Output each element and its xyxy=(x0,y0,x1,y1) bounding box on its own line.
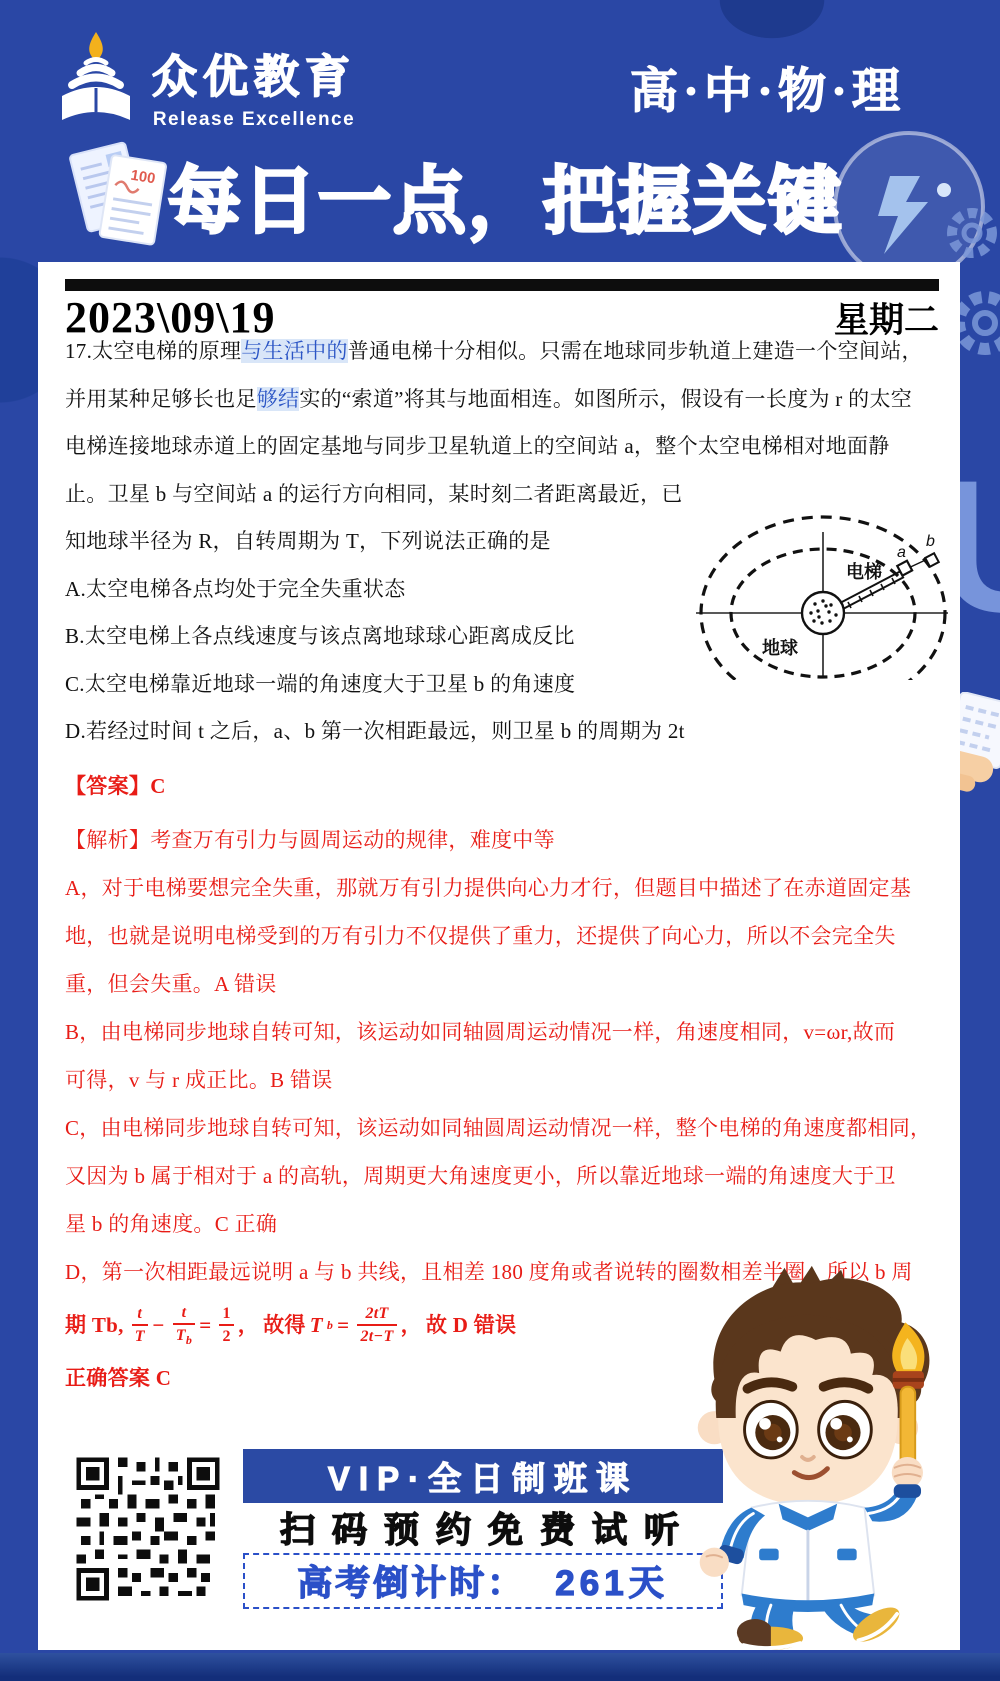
mascot-illustration xyxy=(650,1260,960,1650)
highlighted-text: 与生活中的 xyxy=(241,339,348,363)
analysis-line: 地，也就是说明电梯受到的万有引力不仅提供了重力，还提供了向心力，所以不会完全失 xyxy=(65,912,939,960)
scan-cta-text: 扫码预约免费试听 xyxy=(270,1503,696,1553)
option-d: D.若经过时间 t 之后，a、b 第一次相距最远，则卫星 b 的周期为 2t xyxy=(65,708,939,756)
analysis-line: B，由电梯同步地球自转可知，该运动如同轴圆周运动情况一样，角速度相同，v=ωr,… xyxy=(65,1008,939,1056)
satellite-b-label: b xyxy=(926,533,935,550)
problem-line: 17.太空电梯的原理与生活中的普通电梯十分相似。只需在地球同步轨道上建造一个空间… xyxy=(65,328,939,376)
earth-circle xyxy=(802,592,844,634)
slogan-row: 100 每日一点，把握关键 xyxy=(62,132,843,250)
elevator-label: 电梯 xyxy=(846,561,882,582)
analysis-line: C，由电梯同步地球自转可知，该运动如同轴圆周运动情况一样，整个电梯的角速度都相同… xyxy=(65,1104,939,1152)
vip-banner-text: VIP·全日制班课 xyxy=(328,1453,638,1500)
satellite-a-marker xyxy=(897,561,912,576)
analysis-line: A，对于电梯要想完全失重，那就万有引力提供向心力才行，但题目中描述了在赤道固定基 xyxy=(65,864,939,912)
brand-logo-row: 众优教育 Release Excellence xyxy=(52,30,356,131)
earth-label: 地球 xyxy=(762,637,798,658)
analysis-line: 可得，v 与 r 成正比。B 错误 xyxy=(65,1056,939,1104)
analysis-line: 重，但会失重。A 错误 xyxy=(65,960,939,1008)
answer-line: 【答案】C xyxy=(65,762,939,810)
fraction: tT xyxy=(132,1306,148,1345)
card-top-rule xyxy=(65,279,939,291)
analysis-line: 又因为 b 属于相对于 a 的高轨，周期更大角速度更小，所以靠近地球一端的角速度… xyxy=(65,1152,939,1200)
fraction: 12 xyxy=(219,1306,233,1345)
analysis-line: 星 b 的角速度。C 正确 xyxy=(65,1200,939,1248)
fraction: tTb xyxy=(173,1305,195,1346)
brand-text: 众优教育 Release Excellence xyxy=(152,40,356,131)
poster: 众优教育 Release Excellence 高·中·物·理 100 每日一点… xyxy=(0,0,1000,1681)
subject-title: 高·中·物·理 xyxy=(630,52,905,121)
problem-line: 并用某种足够长也足够结实的“索道”将其与地面相连。如图所示，假设有一长度为 r … xyxy=(65,376,939,424)
fraction: 2tT2t−T xyxy=(357,1306,396,1345)
countdown-label: 高考倒计时： xyxy=(297,1556,525,1606)
brand-logo-icon xyxy=(52,30,140,126)
brand-tagline: Release Excellence xyxy=(152,109,356,131)
orbit-diagram: 电梯 地球 a b xyxy=(650,462,972,680)
satellite-a-label: a xyxy=(897,544,906,561)
papers-icon: 100 xyxy=(62,132,180,250)
slogan-title: 每日一点，把握关键 xyxy=(168,142,843,247)
qr-code xyxy=(72,1453,224,1605)
brand-name: 众优教育 xyxy=(152,40,356,105)
highlighted-text: 够结 xyxy=(257,387,300,411)
bottom-bar xyxy=(0,1653,1000,1681)
analysis-line: 【解析】考查万有引力与圆周运动的规律，难度中等 xyxy=(65,816,939,864)
